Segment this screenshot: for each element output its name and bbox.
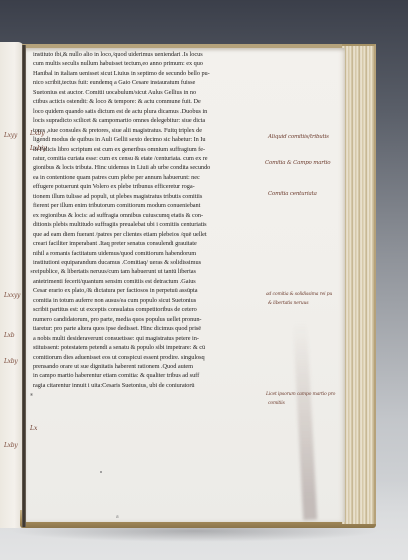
text-line: ragia citarentur innuit i uita:Cesaris S…	[33, 381, 251, 390]
text-line: Suetonius est auctor. Comitii uocabulum/…	[33, 88, 251, 97]
book-gutter	[22, 45, 26, 527]
left-margin-note: Lxby	[4, 358, 17, 365]
text-line: effugere potuerunt quin Volero ex plebe …	[33, 182, 251, 191]
text-line: gionibus & locis tributa. Hinc uidemus i…	[33, 163, 251, 172]
text-line: tiaretur: pro parte altera quos ipse ded…	[33, 324, 251, 333]
text-line: nico scribit,tectus fuit: eundemq a Gaio…	[33, 78, 251, 87]
left-margin-note: Lxby	[4, 442, 17, 449]
text-line: que ad eam diem fuerant /patres per clie…	[33, 230, 251, 239]
page-stack-fore-edge	[342, 44, 376, 524]
text-line: ea in contentione quam patres cum plebe …	[33, 173, 251, 182]
text-line: ex regionibus & locis: ad suffragia omni…	[33, 211, 251, 220]
text-line: in campo martio haberentur etiam comitia…	[33, 371, 251, 380]
text-line: ctibus acticis ostendit: & loco & tempor…	[33, 97, 251, 106]
text-line: Hanibal in italiam uenisset sicut Liuius…	[33, 69, 251, 78]
text-line: comitiorum dies aduenisset eos ut conspi…	[33, 353, 251, 362]
text-line: antetrimenti fecerit/quantum sensim comi…	[33, 277, 251, 286]
marginal-annotation: Comitia centuriata	[268, 191, 317, 197]
left-margin-note: Lxxyy	[4, 292, 20, 299]
text-line: numero candidatorum, pro parte, media qu…	[33, 315, 251, 324]
text-line: prensando orare ut sue dignitatis habere…	[33, 362, 251, 371]
left-margin-note: Lxb	[4, 332, 14, 339]
inner-margin-note: Lx	[30, 425, 37, 432]
text-line: ligendi modus de quibus in Auli Gellii s…	[33, 135, 251, 144]
text-line: cum multis seculis nullum habuisset tect…	[33, 59, 251, 68]
text-line: ratur, comitia curiata esse: cum ex cens…	[33, 154, 251, 163]
text-line: creari faciliter imperabant .Itaq preter…	[33, 239, 251, 248]
text-line: locis supradicto scilicet & campomartio …	[33, 116, 251, 125]
marginal-annotation: Comitia & Campo martio	[265, 160, 330, 166]
printed-text-block: instituto ibi,& nullo alio in loco,/quod…	[33, 50, 251, 390]
marginal-annotation: Aliquid comitiis/tributis	[268, 134, 329, 140]
text-line: scribit partitus est: ut exceptis consul…	[33, 305, 251, 314]
paper-speck	[100, 471, 102, 473]
text-line: instituto ibi,& nullo alio in loco,/quod…	[33, 50, 251, 59]
text-line: stituissent: potestatem petendi a senatu…	[33, 343, 251, 352]
signature-mark: a	[116, 514, 119, 520]
inner-margin-mark: *	[30, 393, 33, 400]
marginal-annotation: comitiis	[268, 401, 285, 406]
text-line: reipublice, & libertatis neruus/cum tam …	[33, 267, 251, 276]
text-line: nihil a romanis factitatum uidemus/quod …	[33, 249, 251, 258]
text-line: Cesar erario ex plato,/& dictatura per f…	[33, 286, 251, 295]
text-line: tionem illum tulisse ad populi, ut plebe…	[33, 192, 251, 201]
marginal-annotation: & libertatis neruus	[268, 301, 308, 306]
text-line: institutioni equiparandum ducamus .Comit…	[33, 258, 251, 267]
text-line: loco quidem quando satis dictum est de a…	[33, 107, 251, 116]
left-margin-note: Lxyy	[4, 132, 17, 139]
text-line: comitia in totum auferre non ausus/ea cu…	[33, 296, 251, 305]
left-page-marginalia: Lxyy Lxxyy Lxb Lxby Lxby	[0, 42, 24, 528]
marginal-annotation: ad comitia & solidissima rei pu	[266, 292, 332, 297]
text-line: a nobis multi desideraverunt consuetisse…	[33, 334, 251, 343]
text-line: tores ,siue consules & pretores, siue al…	[33, 126, 251, 135]
text-line: lii Felicis libro scriptum est cum ex ge…	[33, 145, 251, 154]
left-page-edge: Lxyy Lxxyy Lxb Lxby Lxby	[0, 42, 24, 528]
marginal-annotation: Licet ipsorum campo martio pro	[266, 392, 335, 397]
text-line: ditionis plebis multitudo suffragiis pre…	[33, 220, 251, 229]
text-line: fierent per illum enim tributorum comiti…	[33, 201, 251, 210]
